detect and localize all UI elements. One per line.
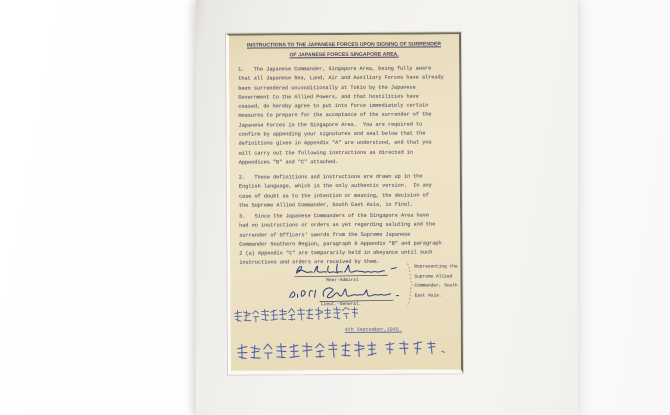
document-title: INSTRUCTIONS TO THE JAPANESE FORCES UPON…	[229, 40, 459, 60]
framed-document-photo: INSTRUCTIONS TO THE JAPANESE FORCES UPON…	[0, 0, 670, 415]
document-date: 4th September,1945.	[345, 327, 402, 333]
frame-mat: INSTRUCTIONS TO THE JAPANESE FORCES UPON…	[196, 0, 578, 415]
brace-icon	[405, 262, 414, 308]
japanese-handwriting-mid	[233, 304, 359, 324]
document-page: INSTRUCTIONS TO THE JAPANESE FORCES UPON…	[229, 34, 461, 370]
signature-cedric-holland	[290, 261, 398, 280]
japanese-handwriting-bottom	[236, 337, 448, 361]
paragraph-3: 3. Since the Japanese Commanders of the …	[239, 211, 454, 268]
document-title-line-1: INSTRUCTIONS TO THE JAPANESE FORCES UPON…	[229, 40, 459, 51]
document-title-line-2: OF JAPANESE FORCES SINGAPORE AREA.	[229, 50, 459, 61]
paragraph-1: 1. The Japanese Commander, Singapore Are…	[238, 64, 454, 168]
representing-text: Representing the Supreme Allied Commande…	[414, 262, 457, 301]
mat-window: INSTRUCTIONS TO THE JAPANESE FORCES UPON…	[226, 32, 463, 374]
paragraph-2: 2. These definitions and instructions ar…	[239, 172, 454, 211]
